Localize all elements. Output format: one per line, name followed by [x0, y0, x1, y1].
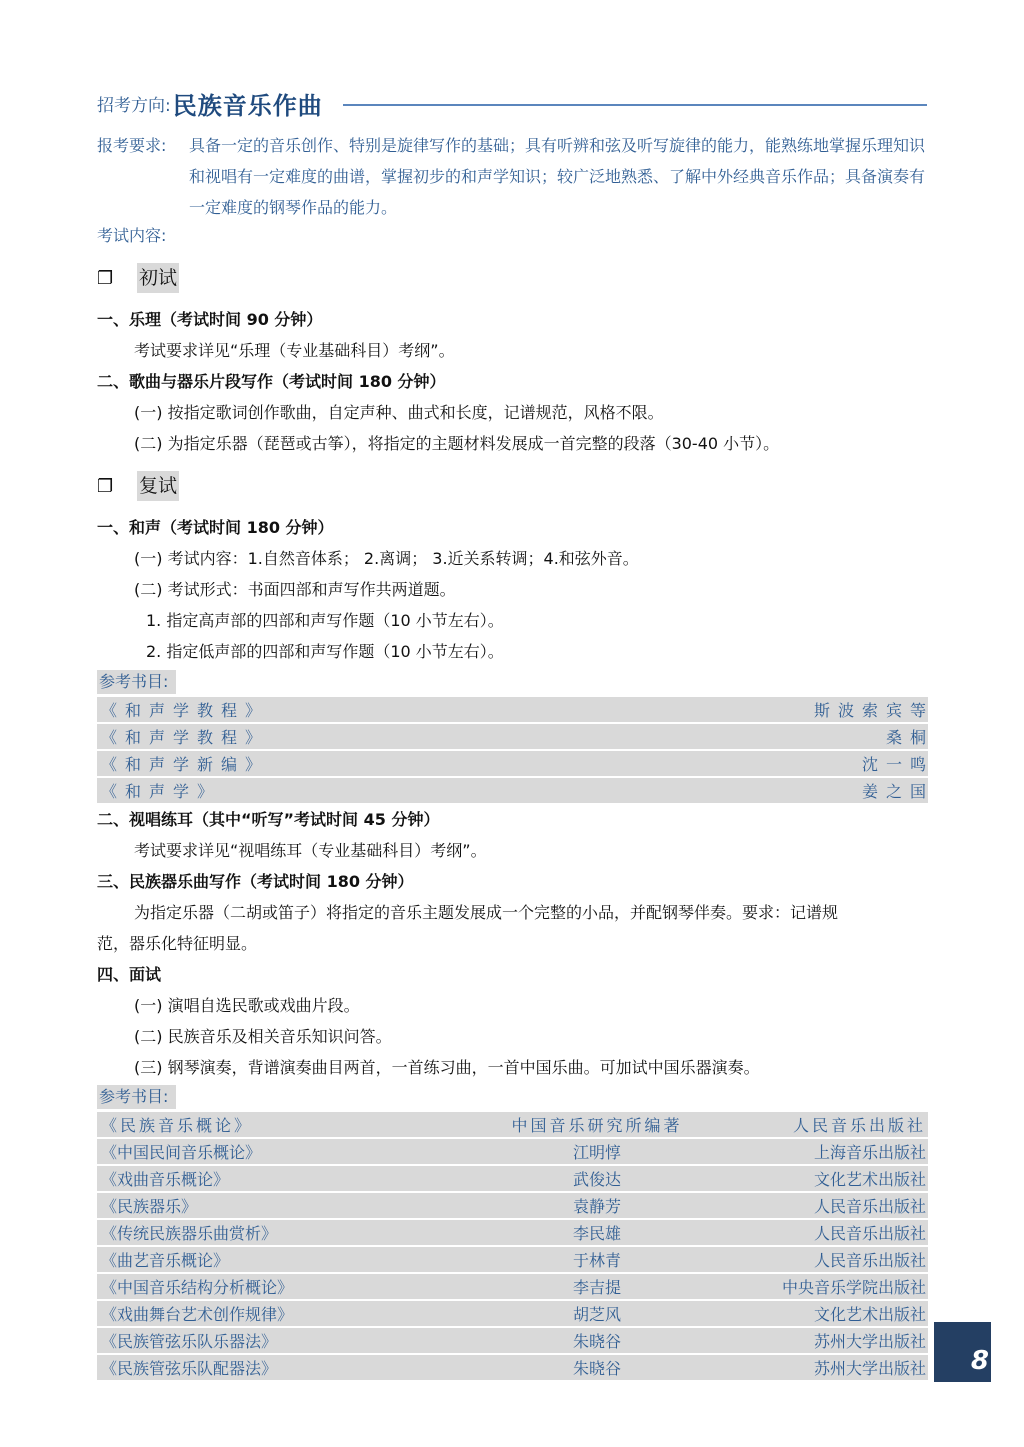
- book-author: 朱晓谷: [497, 1329, 697, 1352]
- item-heading: 二、歌曲与器乐片段写作（考试时间 180 分钟）: [97, 370, 446, 394]
- page-number-box: 8: [934, 1322, 991, 1382]
- book-author: 江明惇: [497, 1140, 697, 1163]
- program-title-row: 招考方向: 民族音乐作曲: [97, 86, 927, 120]
- table-row: 《民族管弦乐队配器法》 朱晓谷 苏州大学出版社: [97, 1355, 928, 1380]
- table-row: 《和声学教程》 桑桐: [97, 724, 928, 749]
- page-number: 8: [971, 1346, 989, 1376]
- book-title: 《戏曲音乐概论》: [97, 1167, 441, 1190]
- table-row: 《戏曲音乐概论》 武俊达 文化艺术出版社: [97, 1166, 928, 1191]
- book-author: 姜之国: [862, 779, 934, 802]
- checkbox-icon: ❐: [97, 268, 137, 289]
- requirements-label: 报考要求:: [97, 130, 166, 161]
- book-publisher: 人民音乐出版社: [814, 1248, 926, 1271]
- table-row: 《中国音乐结构分析概论》 李吉提 中央音乐学院出版社: [97, 1274, 928, 1299]
- table-row: 《和声学》 姜之国: [97, 778, 928, 803]
- table-row: 《和声学教程》 斯波索宾等: [97, 697, 928, 722]
- exam-content-label: 考试内容:: [97, 223, 166, 246]
- direction-title: 民族音乐作曲: [173, 86, 323, 121]
- direction-label: 招考方向:: [97, 91, 171, 116]
- book-author: 李民雄: [497, 1221, 697, 1244]
- book-publisher: 苏州大学出版社: [814, 1329, 926, 1352]
- table-row: 《和声学新编》 沈一鸣: [97, 751, 928, 776]
- book-author: 中国音乐研究所编著: [497, 1113, 697, 1136]
- requirements-text: 具备一定的音乐创作、特别是旋律写作的基础；具有听辨和弦及听写旋律的能力，能熟练地…: [189, 130, 929, 223]
- reference-table-harmony: 《和声学教程》 斯波索宾等 《和声学教程》 桑桐 《和声学新编》 沈一鸣 《和声…: [97, 697, 928, 805]
- book-title: 《民族音乐概论》: [97, 1113, 441, 1136]
- item-line: (二) 为指定乐器（琵琶或古筝），将指定的主题材料发展成一首完整的段落（30-4…: [134, 432, 779, 456]
- book-title: 《戏曲舞台艺术创作规律》: [97, 1302, 441, 1325]
- item-line: (一) 按指定歌词创作歌曲，自定声种、曲式和长度，记谱规范，风格不限。: [134, 401, 664, 425]
- item-line: 考试要求详见“乐理（专业基础科目）考纲”。: [134, 339, 455, 363]
- item-line: (二) 考试形式：书面四部和声写作共两道题。: [134, 578, 456, 602]
- book-title: 《中国音乐结构分析概论》: [97, 1275, 441, 1298]
- book-title: 《民族管弦乐队乐器法》: [97, 1329, 441, 1352]
- checkbox-icon: ❐: [97, 476, 137, 497]
- requirements-block: 报考要求: 具备一定的音乐创作、特别是旋律写作的基础；具有听辨和弦及听写旋律的能…: [97, 130, 929, 223]
- book-title: 《传统民族器乐曲赏析》: [97, 1221, 441, 1244]
- book-author: 武俊达: [497, 1167, 697, 1190]
- item-heading: 四、面试: [97, 963, 161, 987]
- item-heading: 三、民族器乐曲写作（考试时间 180 分钟）: [97, 870, 414, 894]
- table-row: 《民族音乐概论》 中国音乐研究所编著 人民音乐出版社: [97, 1112, 928, 1137]
- book-title: 《和声学教程》: [97, 725, 269, 748]
- title-divider: [343, 104, 927, 106]
- reference-books-label: 参考书目:: [97, 670, 176, 694]
- book-publisher: 苏州大学出版社: [814, 1356, 926, 1379]
- table-row: 《曲艺音乐概论》 于林青 人民音乐出版社: [97, 1247, 928, 1272]
- book-author: 沈一鸣: [862, 752, 934, 775]
- item-subline: 2. 指定低声部的四部和声写作题（10 小节左右）。: [146, 640, 504, 664]
- book-author: 李吉提: [497, 1275, 697, 1298]
- book-title: 《和声学》: [97, 779, 221, 802]
- book-author: 朱晓谷: [497, 1356, 697, 1379]
- item-heading: 一、和声（考试时间 180 分钟）: [97, 516, 334, 540]
- book-title: 《民族器乐》: [97, 1194, 441, 1217]
- book-publisher: 中央音乐学院出版社: [782, 1275, 926, 1298]
- book-title: 《曲艺音乐概论》: [97, 1248, 441, 1271]
- book-publisher: 文化艺术出版社: [814, 1167, 926, 1190]
- book-title: 《和声学教程》: [97, 698, 269, 721]
- item-line: (三) 钢琴演奏，背谱演奏曲目两首，一首练习曲，一首中国乐曲。可加试中国乐器演奏…: [134, 1056, 760, 1080]
- item-line: 范，器乐化特征明显。: [97, 932, 257, 956]
- book-title: 《民族管弦乐队配器法》: [97, 1356, 441, 1379]
- book-author: 胡芝风: [497, 1302, 697, 1325]
- book-author: 袁静芳: [497, 1194, 697, 1217]
- table-row: 《民族管弦乐队乐器法》 朱晓谷 苏州大学出版社: [97, 1328, 928, 1353]
- item-heading: 一、乐理（考试时间 90 分钟）: [97, 308, 322, 332]
- book-publisher: 人民音乐出版社: [814, 1194, 926, 1217]
- item-heading: 二、视唱练耳（其中“听写”考试时间 45 分钟）: [97, 808, 439, 832]
- book-author: 于林青: [497, 1248, 697, 1271]
- book-publisher: 人民音乐出版社: [793, 1113, 926, 1136]
- table-row: 《戏曲舞台艺术创作规律》 胡芝风 文化艺术出版社: [97, 1301, 928, 1326]
- item-subline: 1. 指定高声部的四部和声写作题（10 小节左右）。: [146, 609, 504, 633]
- table-row: 《民族器乐》 袁静芳 人民音乐出版社: [97, 1193, 928, 1218]
- book-title: 《中国民间音乐概论》: [97, 1140, 441, 1163]
- table-row: 《中国民间音乐概论》 江明惇 上海音乐出版社: [97, 1139, 928, 1164]
- section-retest: ❐ 复试: [97, 471, 179, 501]
- book-publisher: 人民音乐出版社: [814, 1221, 926, 1244]
- item-line: 为指定乐器（二胡或笛子）将指定的音乐主题发展成一个完整的小品，并配钢琴伴奏。要求…: [134, 901, 838, 925]
- section-title: 初试: [137, 263, 179, 293]
- item-line: 考试要求详见“视唱练耳（专业基础科目）考纲”。: [134, 839, 487, 863]
- book-author: 斯波索宾等: [814, 698, 934, 721]
- book-title: 《和声学新编》: [97, 752, 269, 775]
- section-preliminary: ❐ 初试: [97, 263, 179, 293]
- book-author: 桑桐: [886, 725, 934, 748]
- reference-table-folk: 《民族音乐概论》 中国音乐研究所编著 人民音乐出版社 《中国民间音乐概论》 江明…: [97, 1112, 928, 1382]
- table-row: 《传统民族器乐曲赏析》 李民雄 人民音乐出版社: [97, 1220, 928, 1245]
- item-line: (一) 考试内容：1.自然音体系； 2.离调； 3.近关系转调；4.和弦外音。: [134, 547, 639, 571]
- item-line: (二) 民族音乐及相关音乐知识问答。: [134, 1025, 392, 1049]
- book-publisher: 上海音乐出版社: [814, 1140, 926, 1163]
- item-line: (一) 演唱自选民歌或戏曲片段。: [134, 994, 360, 1018]
- section-title: 复试: [137, 471, 179, 501]
- book-publisher: 文化艺术出版社: [814, 1302, 926, 1325]
- reference-books-label: 参考书目:: [97, 1085, 176, 1109]
